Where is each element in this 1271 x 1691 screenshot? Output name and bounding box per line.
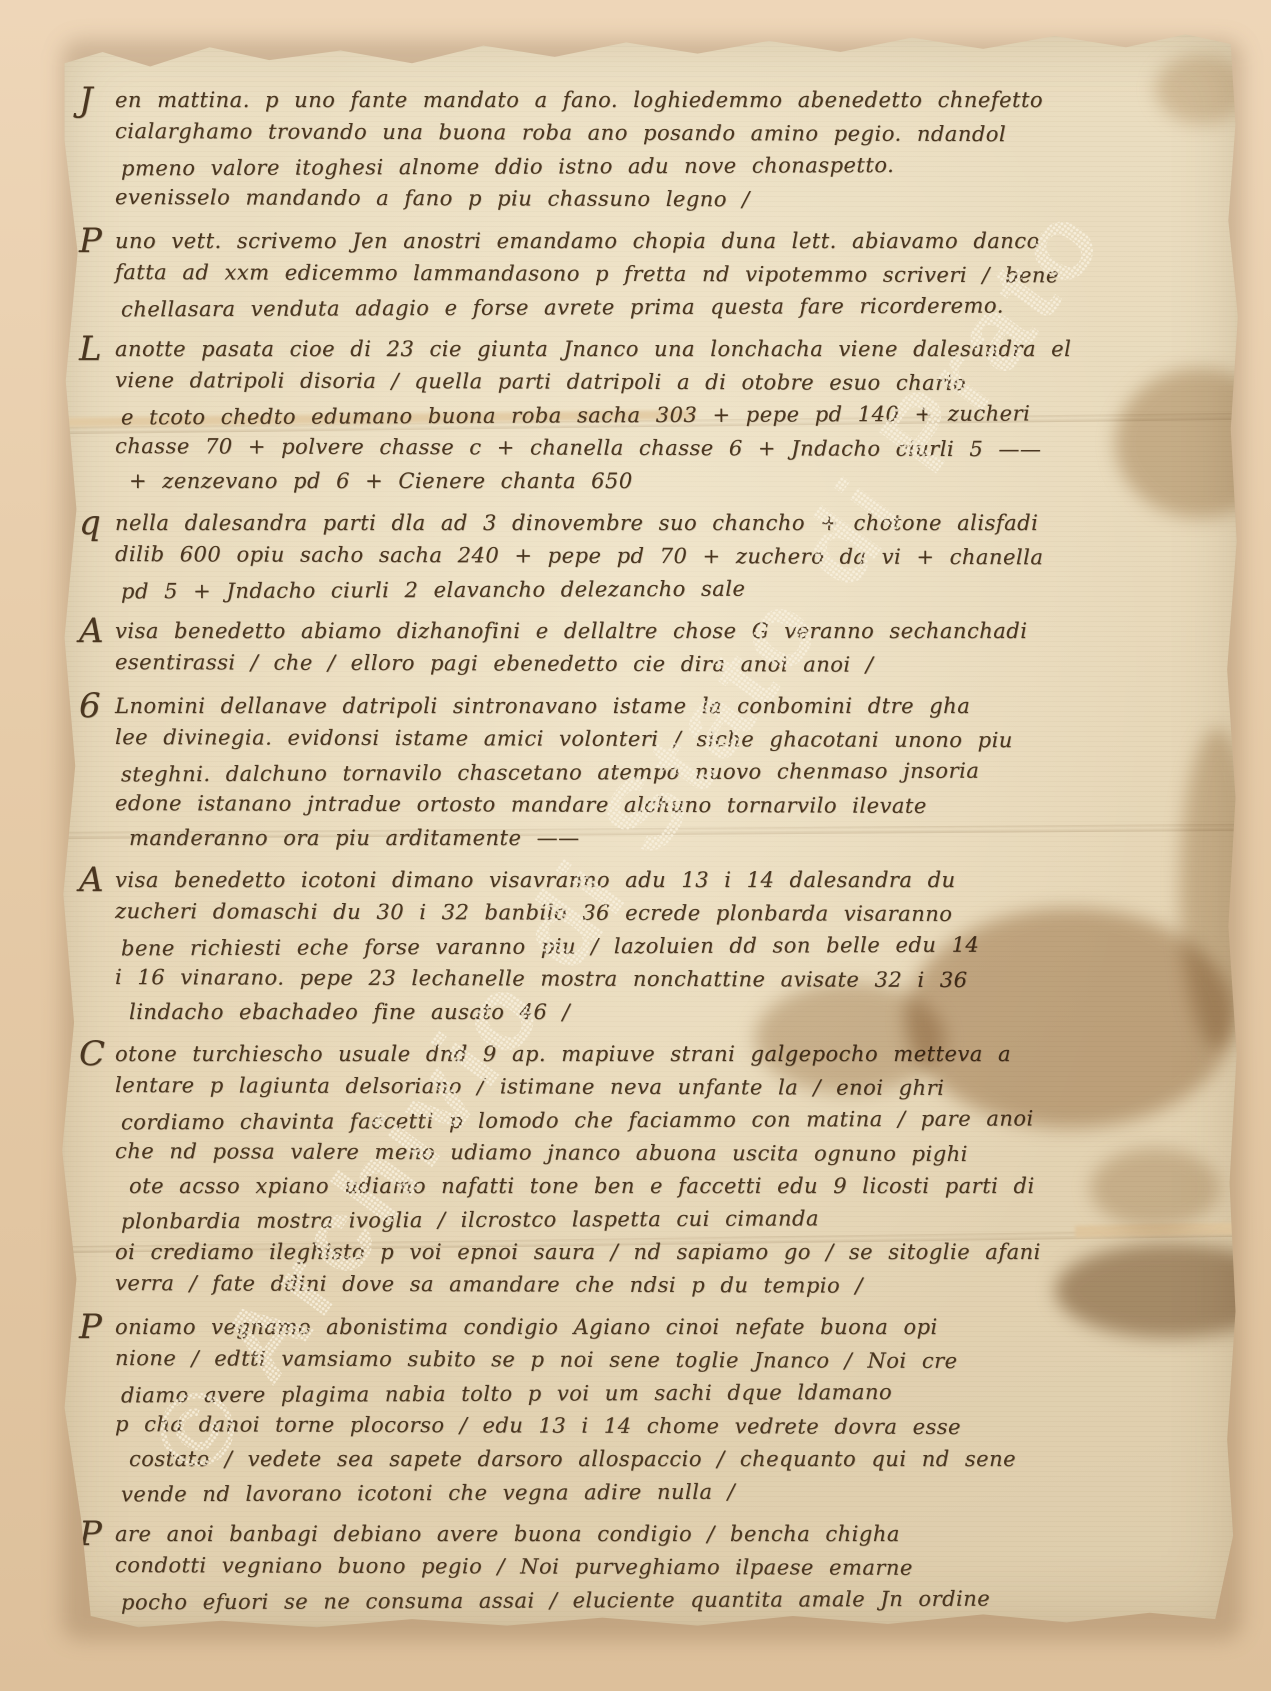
manuscript-line: plonbardia mostra ivoglia / ilcrostco la…: [121, 1201, 1233, 1239]
manuscript-line: esentirassi / che / elloro pagi ebenedet…: [115, 646, 1227, 683]
paper-stain: [755, 983, 945, 1093]
paragraph-initial: P: [79, 1311, 115, 1344]
paragraph-lines: anotte pasata cioe di 23 cie giunta Jnan…: [115, 333, 1227, 498]
paragraph: Puno vett. scrivemo Jen anostri emandamo…: [79, 225, 1227, 324]
manuscript-line: nione / edtti vamsiamo subito se p noi s…: [115, 1342, 1227, 1379]
manuscript-page: Jen mattina. p uno fante mandato a fano.…: [55, 28, 1245, 1632]
manuscript-line: manderanno ora piu arditamente ——: [129, 822, 1241, 855]
paragraph-initial: A: [79, 864, 115, 897]
manuscript-line: pmeno valore itoghesi alnome ddio istno …: [121, 148, 1233, 186]
manuscript-line: chellasara venduta adagio e forse avrete…: [121, 289, 1233, 327]
paragraph-initial: L: [79, 333, 115, 366]
paper-stain: [1090, 1148, 1220, 1228]
manuscript-line: chasse 70 + polvere chasse c + chanella …: [115, 430, 1227, 467]
manuscript-line: steghni. dalchuno tornavilo chascetano a…: [121, 754, 1233, 792]
paragraph-initial: q: [79, 507, 115, 540]
manuscript-line: are anoi banbagi debiano avere buona con…: [115, 1518, 1227, 1551]
manuscript-line: pocho efuori se ne consuma assai / eluci…: [121, 1582, 1233, 1620]
paragraph-initial: C: [79, 1038, 115, 1071]
paragraph: Lanotte pasata cioe di 23 cie giunta Jna…: [79, 333, 1227, 498]
manuscript-line: viene datripoli disoria / quella parti d…: [115, 364, 1227, 401]
manuscript-line: fatta ad xxm edicemmo lammandasono p fre…: [115, 256, 1227, 293]
paragraph: 6Lnomini dellanave datripoli sintronavan…: [79, 690, 1227, 855]
manuscript-line: evenisselo mandando a fano p piu chassun…: [115, 181, 1227, 218]
manuscript-line: vende nd lavorano icotoni che vegna adir…: [121, 1474, 1233, 1512]
paragraph-initial: P: [79, 1518, 115, 1551]
manuscript-line: visa benedetto abiamo dizhanofini e dell…: [115, 615, 1227, 648]
manuscript-line: pd 5 + Jndacho ciurli 2 elavancho deleza…: [121, 571, 1233, 609]
paragraph: Jen mattina. p uno fante mandato a fano.…: [79, 84, 1227, 216]
manuscript-line: nella dalesandra parti dla ad 3 dinovemb…: [115, 507, 1227, 540]
paragraph-lines: oniamo vegnamo abonistima condigio Agian…: [115, 1311, 1227, 1509]
paragraph-lines: visa benedetto abiamo dizhanofini e dell…: [115, 615, 1227, 681]
paragraph-lines: uno vett. scrivemo Jen anostri emandamo …: [115, 225, 1227, 324]
manuscript-line: visa benedetto icotoni dimano visavranno…: [115, 864, 1227, 897]
manuscript-line: uno vett. scrivemo Jen anostri emandamo …: [115, 225, 1227, 258]
paragraph-initial: P: [79, 225, 115, 258]
paper-stain: [1115, 368, 1271, 518]
paragraph-lines: en mattina. p uno fante mandato a fano. …: [115, 84, 1227, 216]
manuscript-line: oniamo vegnamo abonistima condigio Agian…: [115, 1311, 1227, 1344]
paragraph: Poniamo vegnamo abonistima condigio Agia…: [79, 1311, 1227, 1509]
paper-stain: [1180, 728, 1255, 1048]
manuscript-line: lee divinegia. evidonsi istame amici vol…: [115, 721, 1227, 758]
manuscript-line: p cha danoi torne plocorso / edu 13 i 14…: [115, 1408, 1227, 1445]
manuscript-line: cialarghamo trovando una buona roba ano …: [115, 115, 1227, 152]
paragraph: qnella dalesandra parti dla ad 3 dinovem…: [79, 507, 1227, 606]
manuscript-line: che nd possa valere meno udiamo jnanco a…: [115, 1135, 1227, 1172]
manuscript-line: diamo avere plagima nabia tolto p voi um…: [121, 1375, 1233, 1413]
manuscript-line: e tcoto chedto edumano buona roba sacha …: [121, 397, 1233, 435]
paragraph-lines: Lnomini dellanave datripoli sintronavano…: [115, 690, 1227, 855]
paragraph-initial: 6: [79, 690, 115, 723]
manuscript-line: condotti vegniano buono pegio / Noi purv…: [115, 1549, 1227, 1586]
manuscript-line: costato / vedete sea sapete darsoro allo…: [129, 1443, 1241, 1476]
manuscript-line: + zenzevano pd 6 + Cienere chanta 650: [129, 465, 1241, 498]
manuscript-line: ote acsso xpiano udiamo nafatti tone ben…: [129, 1170, 1241, 1203]
paragraph-lines: are anoi banbagi debiano avere buona con…: [115, 1518, 1227, 1617]
manuscript-line: anotte pasata cioe di 23 cie giunta Jnan…: [115, 333, 1227, 366]
paragraph: Avisa benedetto abiamo dizhanofini e del…: [79, 615, 1227, 681]
manuscript-line: edone istanano jntradue ortosto mandare …: [115, 787, 1227, 824]
paragraph-initial: A: [79, 615, 115, 648]
paragraph: Pare anoi banbagi debiano avere buona co…: [79, 1518, 1227, 1617]
manuscript-line: en mattina. p uno fante mandato a fano. …: [115, 84, 1227, 117]
paragraph-initial: J: [79, 84, 115, 117]
manuscript-line: oi crediamo ileghisto p voi epnoi saura …: [115, 1236, 1227, 1269]
manuscript-line: Lnomini dellanave datripoli sintronavano…: [115, 690, 1227, 723]
manuscript-text: Jen mattina. p uno fante mandato a fano.…: [79, 84, 1227, 1626]
manuscript-line: dilib 600 opiu sacho sacha 240 + pepe pd…: [115, 538, 1227, 575]
paragraph-lines: nella dalesandra parti dla ad 3 dinovemb…: [115, 507, 1227, 606]
archive-mat-background: { "page": { "kind": "Handwritten medieva…: [0, 0, 1271, 1691]
